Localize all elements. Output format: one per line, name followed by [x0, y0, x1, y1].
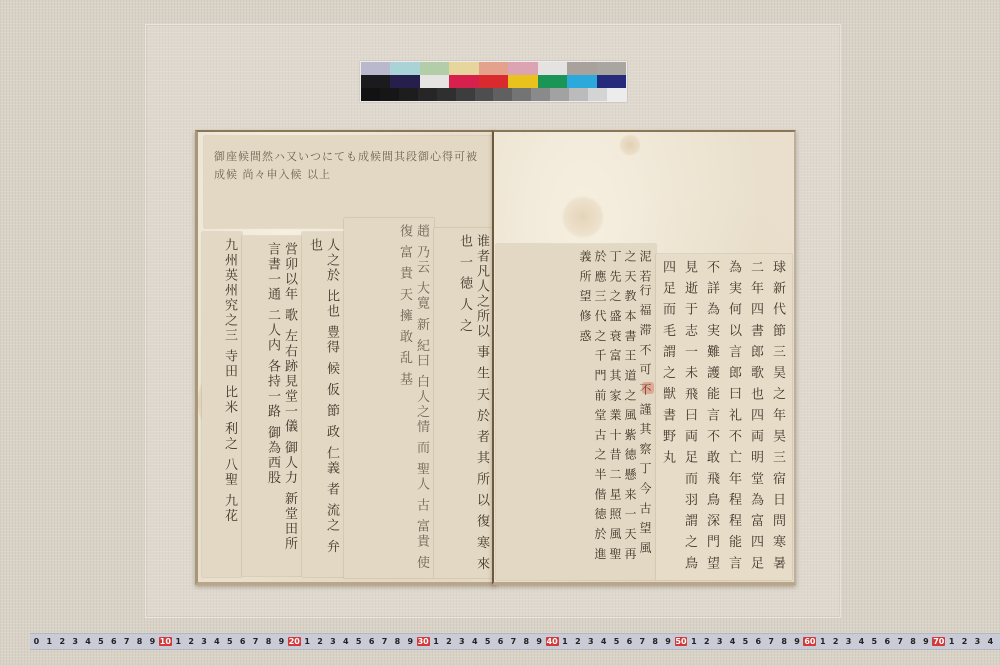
color-swatch	[361, 62, 390, 75]
ruler-tick-label: 5	[739, 637, 752, 646]
ruler-tick-label: 7	[636, 637, 649, 646]
ruler-tick-label: 0	[30, 637, 43, 646]
color-swatch	[390, 62, 419, 75]
color-swatch	[420, 62, 449, 75]
color-swatch	[449, 75, 478, 88]
ruler-tick-label: 3	[971, 637, 984, 646]
ruler-tick-label: 8	[262, 637, 275, 646]
ruler-tick-label: 7	[249, 637, 262, 646]
ruler-tick-label: 3	[713, 637, 726, 646]
ruler-tick-label: 2	[56, 637, 69, 646]
ruler-tick-label: 3	[326, 637, 339, 646]
left-page: 御座候間然ハ又いつにても成候間其段御心得可被成候 尚々申入候 以上 九州英州究之…	[195, 130, 496, 585]
color-chart-row-1	[361, 62, 626, 75]
color-swatch	[479, 75, 508, 88]
ruler-tick-label: 1	[559, 637, 572, 646]
ruler-tick-label: 8	[520, 637, 533, 646]
ruler-tick-label: 4	[82, 637, 95, 646]
color-swatch	[380, 88, 399, 101]
color-swatch	[567, 62, 596, 75]
ruler-tick-label: 5	[481, 637, 494, 646]
color-swatch	[399, 88, 418, 101]
ruler-tick-label: 4	[984, 637, 997, 646]
color-swatch	[597, 62, 626, 75]
ruler-tick-label: 6	[494, 637, 507, 646]
ruler-tick-label: 7	[765, 637, 778, 646]
top-strip-slip: 御座候間然ハ又いつにても成候間其段御心得可被成候 尚々申入候 以上	[204, 136, 494, 228]
ruler-tick-label: 8	[649, 637, 662, 646]
ruler-tick-label: 50	[675, 637, 688, 646]
color-swatch	[361, 88, 380, 101]
water-stain	[619, 134, 641, 156]
measuring-ruler: 0123456789101234567892012345678930123456…	[30, 633, 1000, 650]
ruler-tick-label: 10	[159, 637, 172, 646]
ruler-tick-label: 2	[958, 637, 971, 646]
ruler-tick-label: 1	[430, 637, 443, 646]
color-swatch	[508, 62, 537, 75]
ruler-tick-label: 9	[146, 637, 159, 646]
ruler-tick-label: 7	[378, 637, 391, 646]
color-swatch	[475, 88, 494, 101]
ruler-tick-label: 3	[842, 637, 855, 646]
ruler-tick-label: 4	[855, 637, 868, 646]
ruler-tick-label: 5	[223, 637, 236, 646]
color-swatch	[531, 88, 550, 101]
ruler-tick-label: 9	[919, 637, 932, 646]
color-swatch	[588, 88, 607, 101]
ruler-tick-label: 9	[404, 637, 417, 646]
color-swatch	[538, 75, 567, 88]
ruler-tick-label: 70	[932, 637, 945, 646]
ruler-tick-label: 3	[198, 637, 211, 646]
water-stain	[562, 194, 604, 240]
ruler-tick-label: 4	[210, 637, 223, 646]
ruler-tick-label: 9	[533, 637, 546, 646]
left-slip-2: 営卯以年 歌 左右跡見堂一儀 御人力 新堂田所 言書一通 二人内 各持一路 御為…	[242, 236, 302, 576]
ruler-tick-label: 5	[868, 637, 881, 646]
color-swatch	[550, 88, 569, 101]
left-slip-3: 人之於 比也 豊得 候 仮 節 政 仁義 者 流之 弁 也	[302, 232, 344, 577]
ruler-tick-label: 5	[352, 637, 365, 646]
ruler-tick-label: 60	[803, 637, 816, 646]
color-swatch	[512, 88, 531, 101]
color-swatch	[567, 75, 596, 88]
color-swatch	[390, 75, 419, 88]
color-swatch	[607, 88, 626, 101]
ruler-tick-label: 4	[726, 637, 739, 646]
color-swatch	[361, 75, 390, 88]
manuscript-booklet: 御座候間然ハ又いつにても成候間其段御心得可被成候 尚々申入候 以上 九州英州究之…	[195, 130, 797, 582]
ruler-tick-label: 3	[69, 637, 82, 646]
right-slip-1: 泥 若行 福 滞 不 可 不 謹 其 察 丁 今 古 望 風 之 天 教 本 書…	[496, 244, 656, 580]
ruler-tick-label: 7	[507, 637, 520, 646]
ruler-tick-label: 3	[584, 637, 597, 646]
ruler-tick-label: 4	[597, 637, 610, 646]
ruler-tick-label: 6	[365, 637, 378, 646]
ruler-tick-label: 3	[455, 637, 468, 646]
ruler-tick-label: 2	[829, 637, 842, 646]
ruler-tick-label: 2	[700, 637, 713, 646]
ruler-tick-label: 9	[275, 637, 288, 646]
color-swatch	[493, 88, 512, 101]
ruler-tick-label: 8	[907, 637, 920, 646]
ruler-tick-label: 5	[610, 637, 623, 646]
ruler-tick-label: 1	[172, 637, 185, 646]
ruler-tick-label: 9	[662, 637, 675, 646]
ruler-tick-label: 1	[43, 637, 56, 646]
color-swatch	[456, 88, 475, 101]
ruler-tick-label: 5	[94, 637, 107, 646]
color-swatch	[538, 62, 567, 75]
color-swatch	[449, 62, 478, 75]
ruler-tick-label: 2	[185, 637, 198, 646]
ruler-tick-label: 1	[816, 637, 829, 646]
ruler-tick-label: 1	[687, 637, 700, 646]
ruler-tick-label: 6	[107, 637, 120, 646]
ruler-tick-label: 40	[546, 637, 559, 646]
ruler-tick-label: 2	[314, 637, 327, 646]
right-slip-2: 球 新 代 節 三 昊 之 年 昊 三 宿 日 問 寒 暑 二 年 四 書 郎 …	[656, 254, 792, 580]
ruler-tick-label: 8	[778, 637, 791, 646]
ruler-tick-label: 9	[791, 637, 804, 646]
left-slip-4: 趙 乃云 大寛 新 紀曰 白人之情 而 聖人 古 富貴 使復 富 貴 天 擁 敢…	[344, 218, 434, 578]
ruler-tick-label: 4	[468, 637, 481, 646]
ruler-tick-label: 6	[236, 637, 249, 646]
ruler-tick-label: 6	[881, 637, 894, 646]
ruler-tick-label: 7	[894, 637, 907, 646]
ruler-tick-label: 30	[417, 637, 430, 646]
ruler-tick-label: 6	[623, 637, 636, 646]
ruler-tick-label: 2	[443, 637, 456, 646]
color-chart-row-2	[361, 75, 626, 88]
color-swatch	[437, 88, 456, 101]
color-swatch	[597, 75, 626, 88]
right-page: 泥 若行 福 滞 不 可 不 謹 其 察 丁 今 古 望 風 之 天 教 本 書…	[492, 130, 796, 585]
right-slip-col-1: 泥 若行 福 滞 不 可 不 謹 其 察	[638, 250, 652, 456]
right-slip-col-3: 丁 先 之 盛 衰 富 其 家 業	[608, 250, 622, 423]
color-swatch	[569, 88, 588, 101]
ruler-tick-label: 4	[339, 637, 352, 646]
color-swatch	[420, 75, 449, 88]
left-slip-1: 九州英州究之三 寺田 比米 利之 八聖 九花	[202, 232, 242, 577]
ruler-tick-label: 7	[120, 637, 133, 646]
ruler-tick-label: 20	[288, 637, 301, 646]
red-seal-mark	[642, 382, 654, 394]
ruler-tick-label: 1	[945, 637, 958, 646]
ruler-tick-label: 2	[571, 637, 584, 646]
grayscale-row	[361, 88, 626, 101]
ruler-tick-label: 8	[391, 637, 404, 646]
left-slip-5: 谁者凡人之所以 事 生 天 於 者 其 所 以 復 寒 來 也 一 徳 人 之	[434, 228, 494, 578]
color-swatch	[508, 75, 537, 88]
color-swatch	[418, 88, 437, 101]
ruler-tick-label: 6	[752, 637, 765, 646]
color-swatch	[479, 62, 508, 75]
color-calibration-chart	[360, 61, 627, 102]
ruler-tick-label: 8	[133, 637, 146, 646]
ruler-tick-label: 1	[301, 637, 314, 646]
